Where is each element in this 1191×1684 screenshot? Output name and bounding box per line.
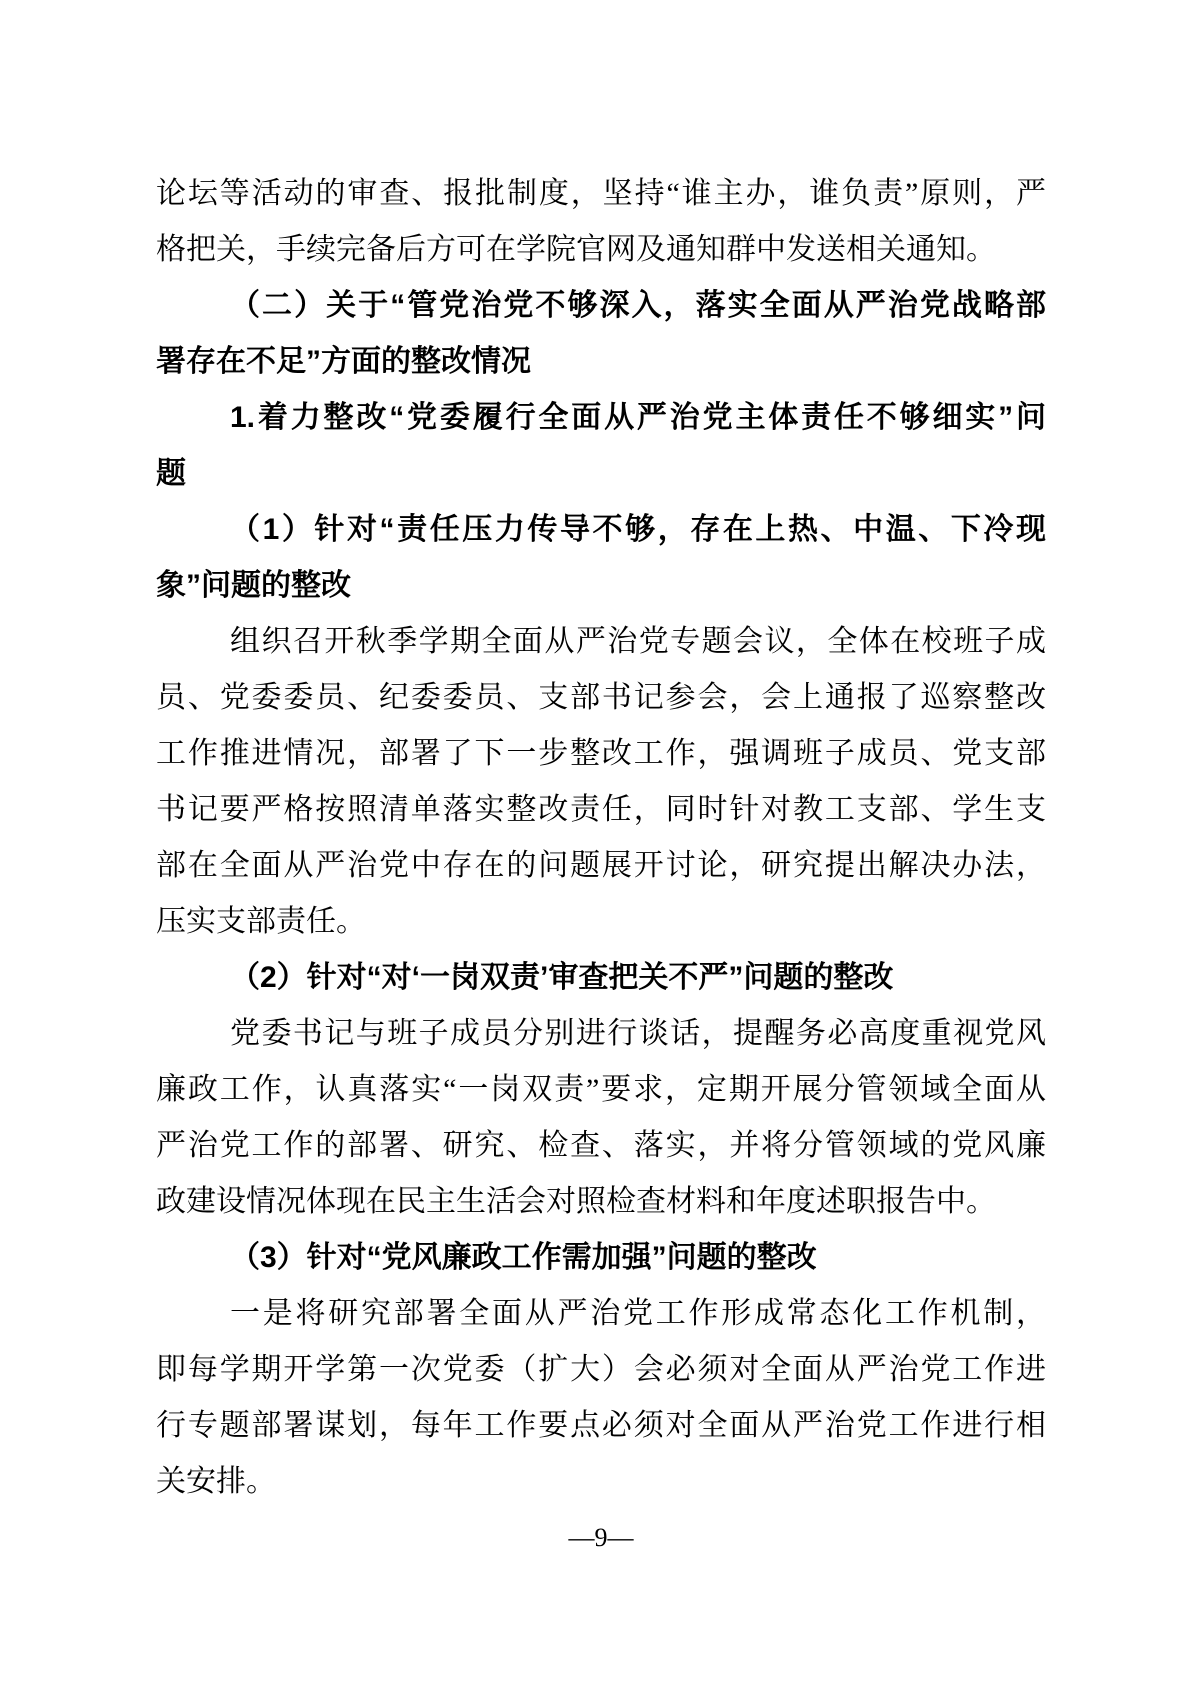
- text-line: 廉政工作，认真落实“一岗双责”要求，定期开展分管领域全面从: [156, 1062, 1046, 1118]
- text-line: 书记要严格按照清单落实整改责任，同时针对教工支部、学生支: [156, 782, 1046, 838]
- text-line: 工作推进情况，部署了下一步整改工作，强调班子成员、党支部: [156, 726, 1046, 782]
- body-paragraph: 党委书记与班子成员分别进行谈话，提醒务必高度重视党风廉政工作，认真落实“一岗双责…: [156, 1006, 1046, 1230]
- text-line: 1.着力整改“党委履行全面从严治党主体责任不够细实”问: [156, 390, 1046, 446]
- text-line: （2）针对“对‘一岗双责’审查把关不严”问题的整改: [156, 950, 1046, 1006]
- text-line: 署存在不足”方面的整改情况: [156, 334, 1046, 390]
- text-line: 政建设情况体现在民主生活会对照检查材料和年度述职报告中。: [156, 1174, 1046, 1230]
- text-column: 论坛等活动的审查、报批制度，坚持“谁主办，谁负责”原则，严格把关，手续完备后方可…: [156, 166, 1046, 1510]
- body-paragraph: 组织召开秋季学期全面从严治党专题会议，全体在校班子成员、党委委员、纪委委员、支部…: [156, 614, 1046, 950]
- document-page: 论坛等活动的审查、报批制度，坚持“谁主办，谁负责”原则，严格把关，手续完备后方可…: [0, 0, 1191, 1684]
- text-line: 格把关，手续完备后方可在学院官网及通知群中发送相关通知。: [156, 222, 1046, 278]
- text-line: 部在全面从严治党中存在的问题展开讨论，研究提出解决办法，: [156, 838, 1046, 894]
- text-line: （3）针对“党风廉政工作需加强”问题的整改: [156, 1230, 1046, 1286]
- text-line: 员、党委委员、纪委委员、支部书记参会，会上通报了巡察整改: [156, 670, 1046, 726]
- text-line: 关安排。: [156, 1454, 1046, 1510]
- text-line: 组织召开秋季学期全面从严治党专题会议，全体在校班子成: [156, 614, 1046, 670]
- text-line: 党委书记与班子成员分别进行谈话，提醒务必高度重视党风: [156, 1006, 1046, 1062]
- text-line: 行专题部署谋划，每年工作要点必须对全面从严治党工作进行相: [156, 1398, 1046, 1454]
- text-line: （二）关于“管党治党不够深入，落实全面从严治党战略部: [156, 278, 1046, 334]
- text-line: 严治党工作的部署、研究、检查、落实，并将分管领域的党风廉: [156, 1118, 1046, 1174]
- text-line: 一是将研究部署全面从严治党工作形成常态化工作机制，: [156, 1286, 1046, 1342]
- section-heading: （3）针对“党风廉政工作需加强”问题的整改: [156, 1230, 1046, 1286]
- section-heading: （2）针对“对‘一岗双责’审查把关不严”问题的整改: [156, 950, 1046, 1006]
- section-heading: （二）关于“管党治党不够深入，落实全面从严治党战略部署存在不足”方面的整改情况: [156, 278, 1046, 390]
- text-line: 象”问题的整改: [156, 558, 1046, 614]
- section-heading: 1.着力整改“党委履行全面从严治党主体责任不够细实”问题: [156, 390, 1046, 502]
- text-line: 论坛等活动的审查、报批制度，坚持“谁主办，谁负责”原则，严: [156, 166, 1046, 222]
- text-line: （1）针对“责任压力传导不够，存在上热、中温、下冷现: [156, 502, 1046, 558]
- section-heading: （1）针对“责任压力传导不够，存在上热、中温、下冷现象”问题的整改: [156, 502, 1046, 614]
- text-line: 压实支部责任。: [156, 894, 1046, 950]
- text-line: 题: [156, 446, 1046, 502]
- page-number: —9—: [156, 1522, 1046, 1554]
- body-paragraph: 一是将研究部署全面从严治党工作形成常态化工作机制，即每学期开学第一次党委（扩大）…: [156, 1286, 1046, 1510]
- body-paragraph: 论坛等活动的审查、报批制度，坚持“谁主办，谁负责”原则，严格把关，手续完备后方可…: [156, 166, 1046, 278]
- text-line: 即每学期开学第一次党委（扩大）会必须对全面从严治党工作进: [156, 1342, 1046, 1398]
